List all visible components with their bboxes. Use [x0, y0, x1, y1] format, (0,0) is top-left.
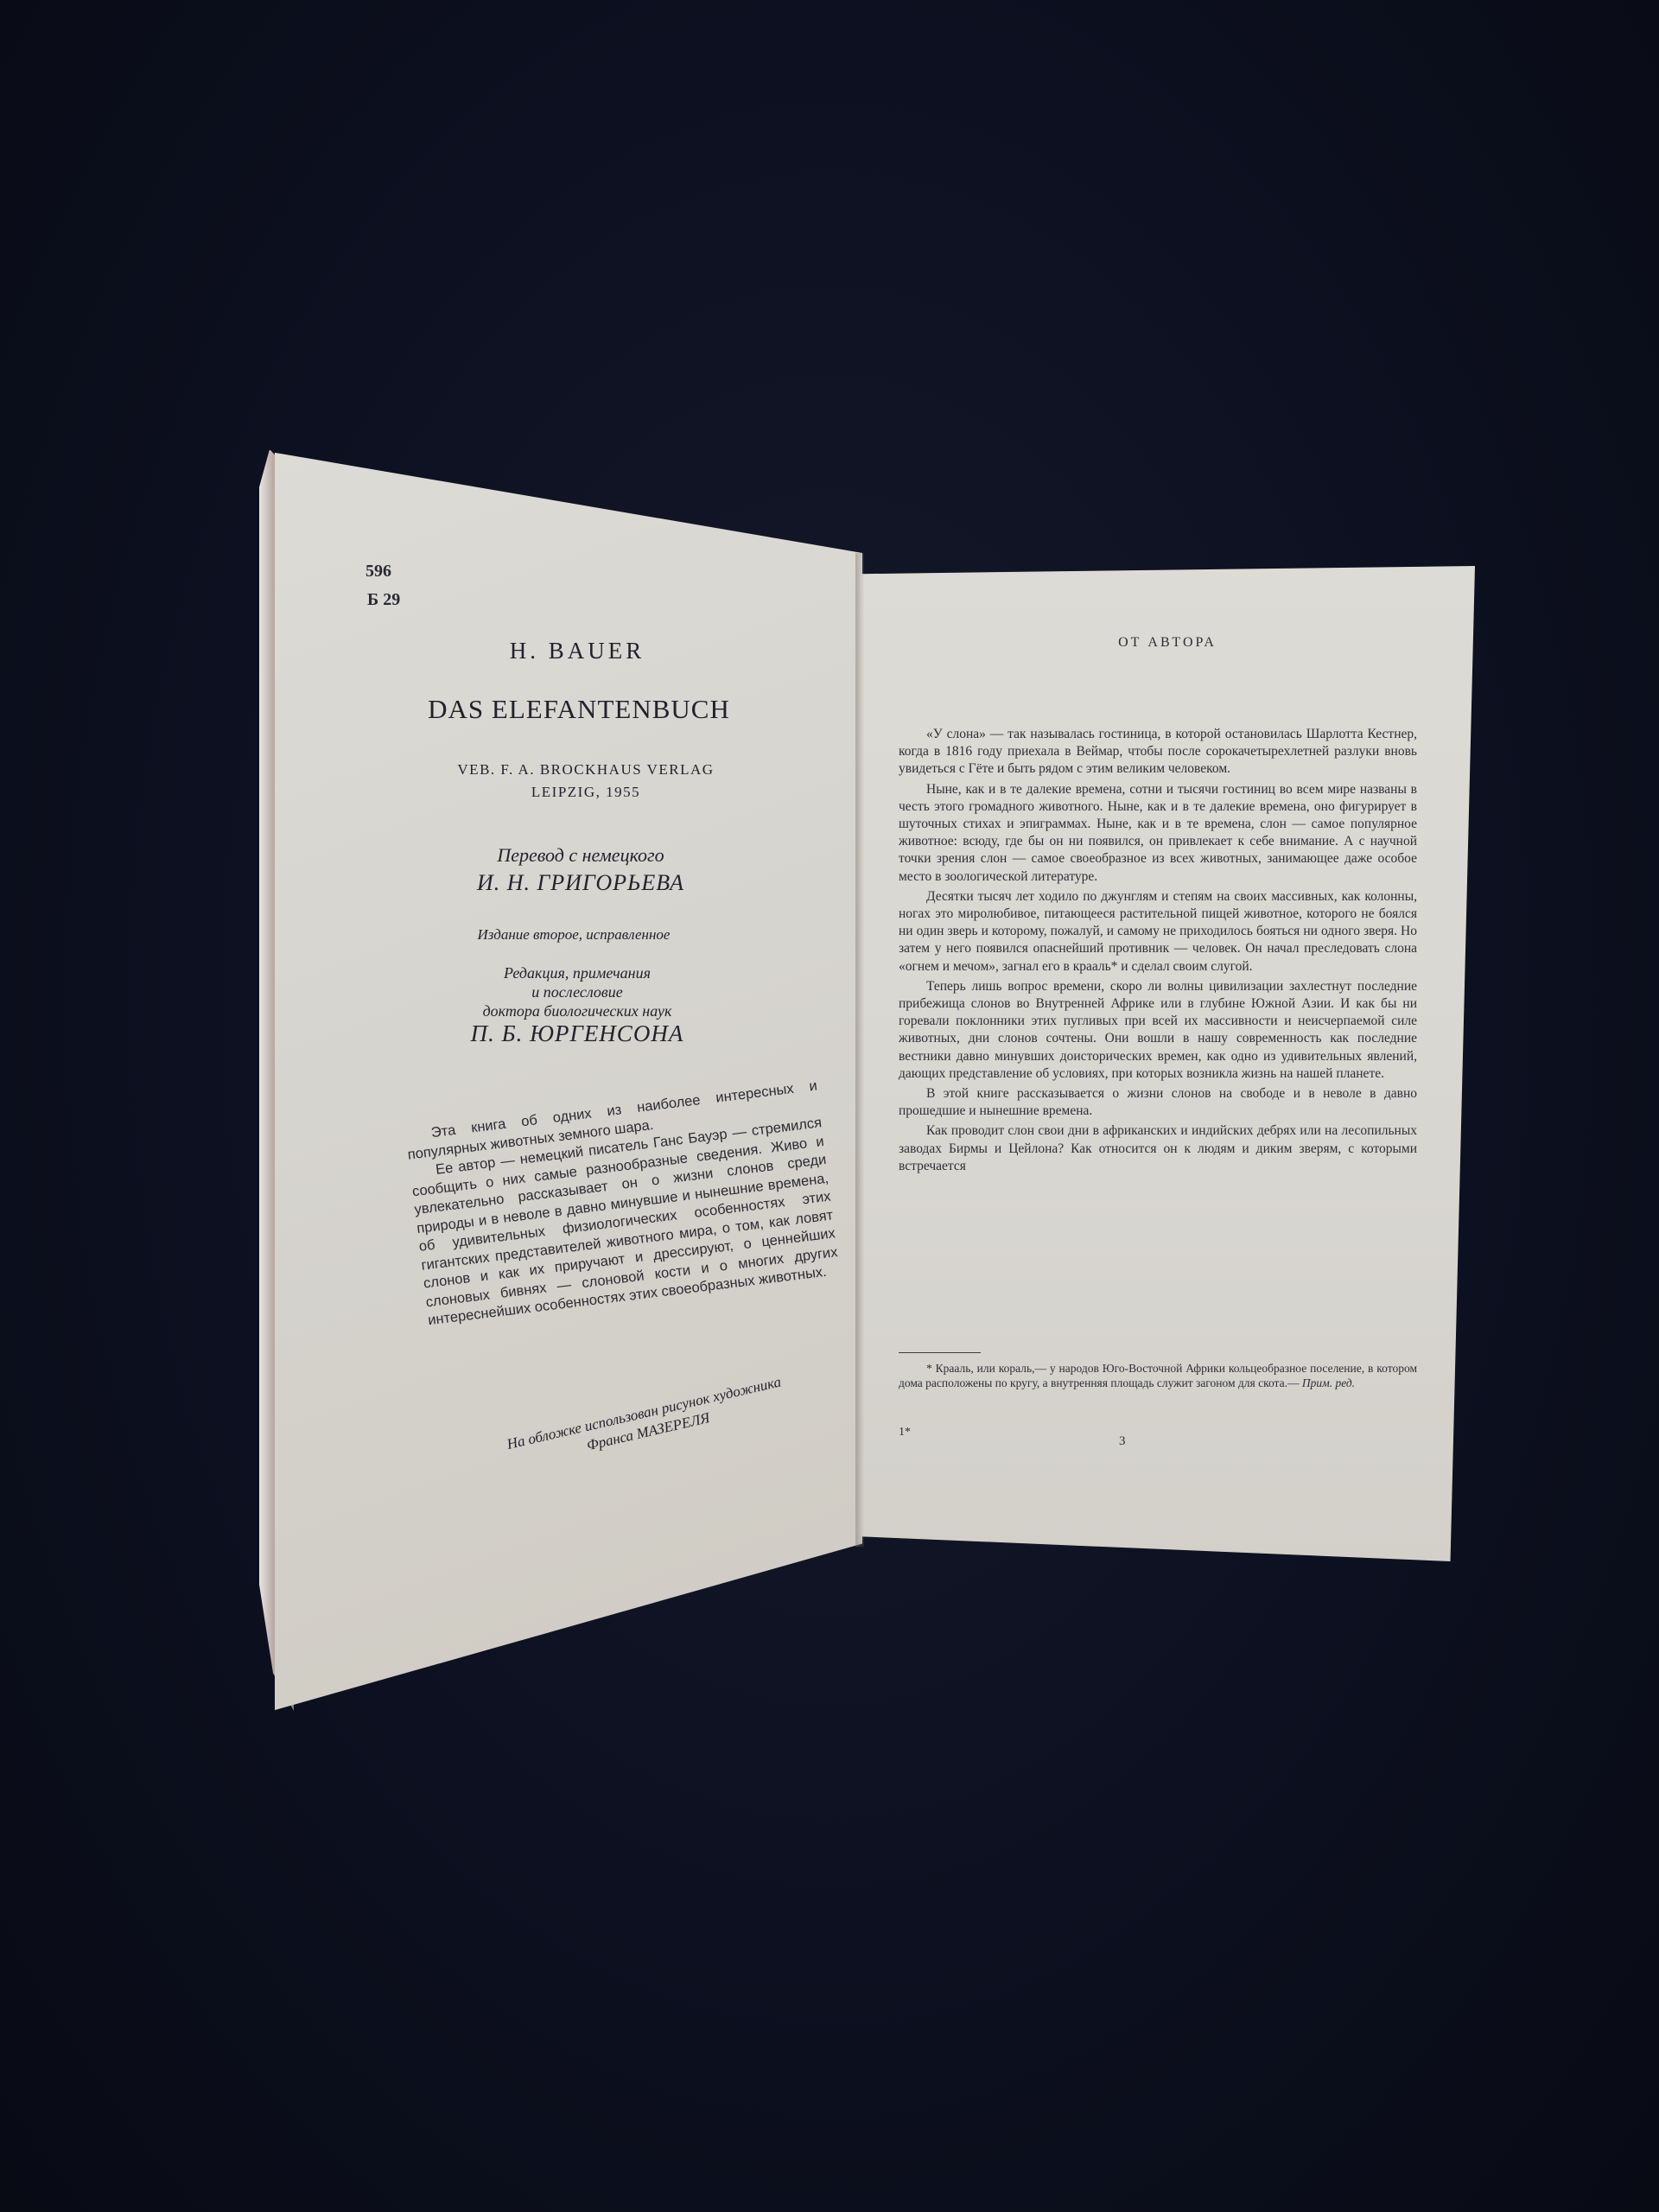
translation-label: Перевод с немецкого	[287, 844, 874, 867]
body-paragraph: В этой книге рассказывается о жизни слон…	[899, 1085, 1417, 1120]
footnote: * Крааль, или кораль,— у народов Юго-Вос…	[899, 1361, 1417, 1390]
signature-mark: 1*	[899, 1426, 911, 1440]
body-paragraph: Десятки тысяч лет ходило по джунглям и с…	[899, 888, 1417, 976]
translator-name: И. Н. ГРИГОРЬЕВА	[287, 870, 874, 896]
editor-name: П. Б. ЮРГЕНСОНА	[283, 1020, 871, 1047]
cover-artist-note: На обложке использован рисунок художника…	[474, 1365, 819, 1480]
editor-line-3: доктора биологических наук	[283, 1001, 871, 1020]
preface-body: «У слона» — так называлась гостиница, в …	[899, 726, 1417, 1178]
photo-scene: 596 Б 29 H. BAUER DAS ELEFANTENBUCH VEB.…	[0, 0, 1659, 2212]
catalog-code-2: Б 29	[367, 590, 400, 610]
preface-page: ОТ АВТОРА «У слона» — так называлась гос…	[860, 566, 1475, 1561]
body-paragraph: Как проводит слон свои дни в африканских…	[899, 1122, 1417, 1175]
body-paragraph: «У слона» — так называлась гостиница, в …	[899, 726, 1417, 779]
footnote-divider	[899, 1352, 981, 1353]
title-verso-page: 596 Б 29 H. BAUER DAS ELEFANTENBUCH VEB.…	[275, 445, 862, 1715]
editor-block: Редакция, примечания и послесловие докто…	[283, 963, 871, 1047]
body-paragraph: Теперь лишь вопрос времени, скоро ли вол…	[899, 978, 1417, 1083]
original-title: DAS ELEFANTENBUCH	[285, 694, 873, 725]
body-paragraph: Ныне, как и в те далекие времена, сотни …	[899, 781, 1417, 886]
publisher-place-year: LEIPZIG, 1955	[292, 781, 880, 804]
catalog-code-1: 596	[365, 562, 391, 582]
footnote-attribution: Прим. ред.	[1302, 1376, 1355, 1389]
original-author: H. BAUER	[283, 638, 871, 664]
editor-line-2: и послесловие	[283, 982, 871, 1001]
edition-note: Издание второе, исправленное	[280, 926, 868, 944]
book-annotation: Эта книга об одних из наиболее интересны…	[404, 1077, 841, 1331]
publisher-name: VEB. F. A. BROCKHAUS VERLAG	[292, 759, 880, 781]
editor-line-1: Редакция, примечания	[283, 963, 871, 982]
page-number: 3	[1119, 1434, 1126, 1449]
page-header: ОТ АВТОРА	[860, 635, 1475, 651]
publisher-block: VEB. F. A. BROCKHAUS VERLAG LEIPZIG, 195…	[292, 759, 880, 804]
